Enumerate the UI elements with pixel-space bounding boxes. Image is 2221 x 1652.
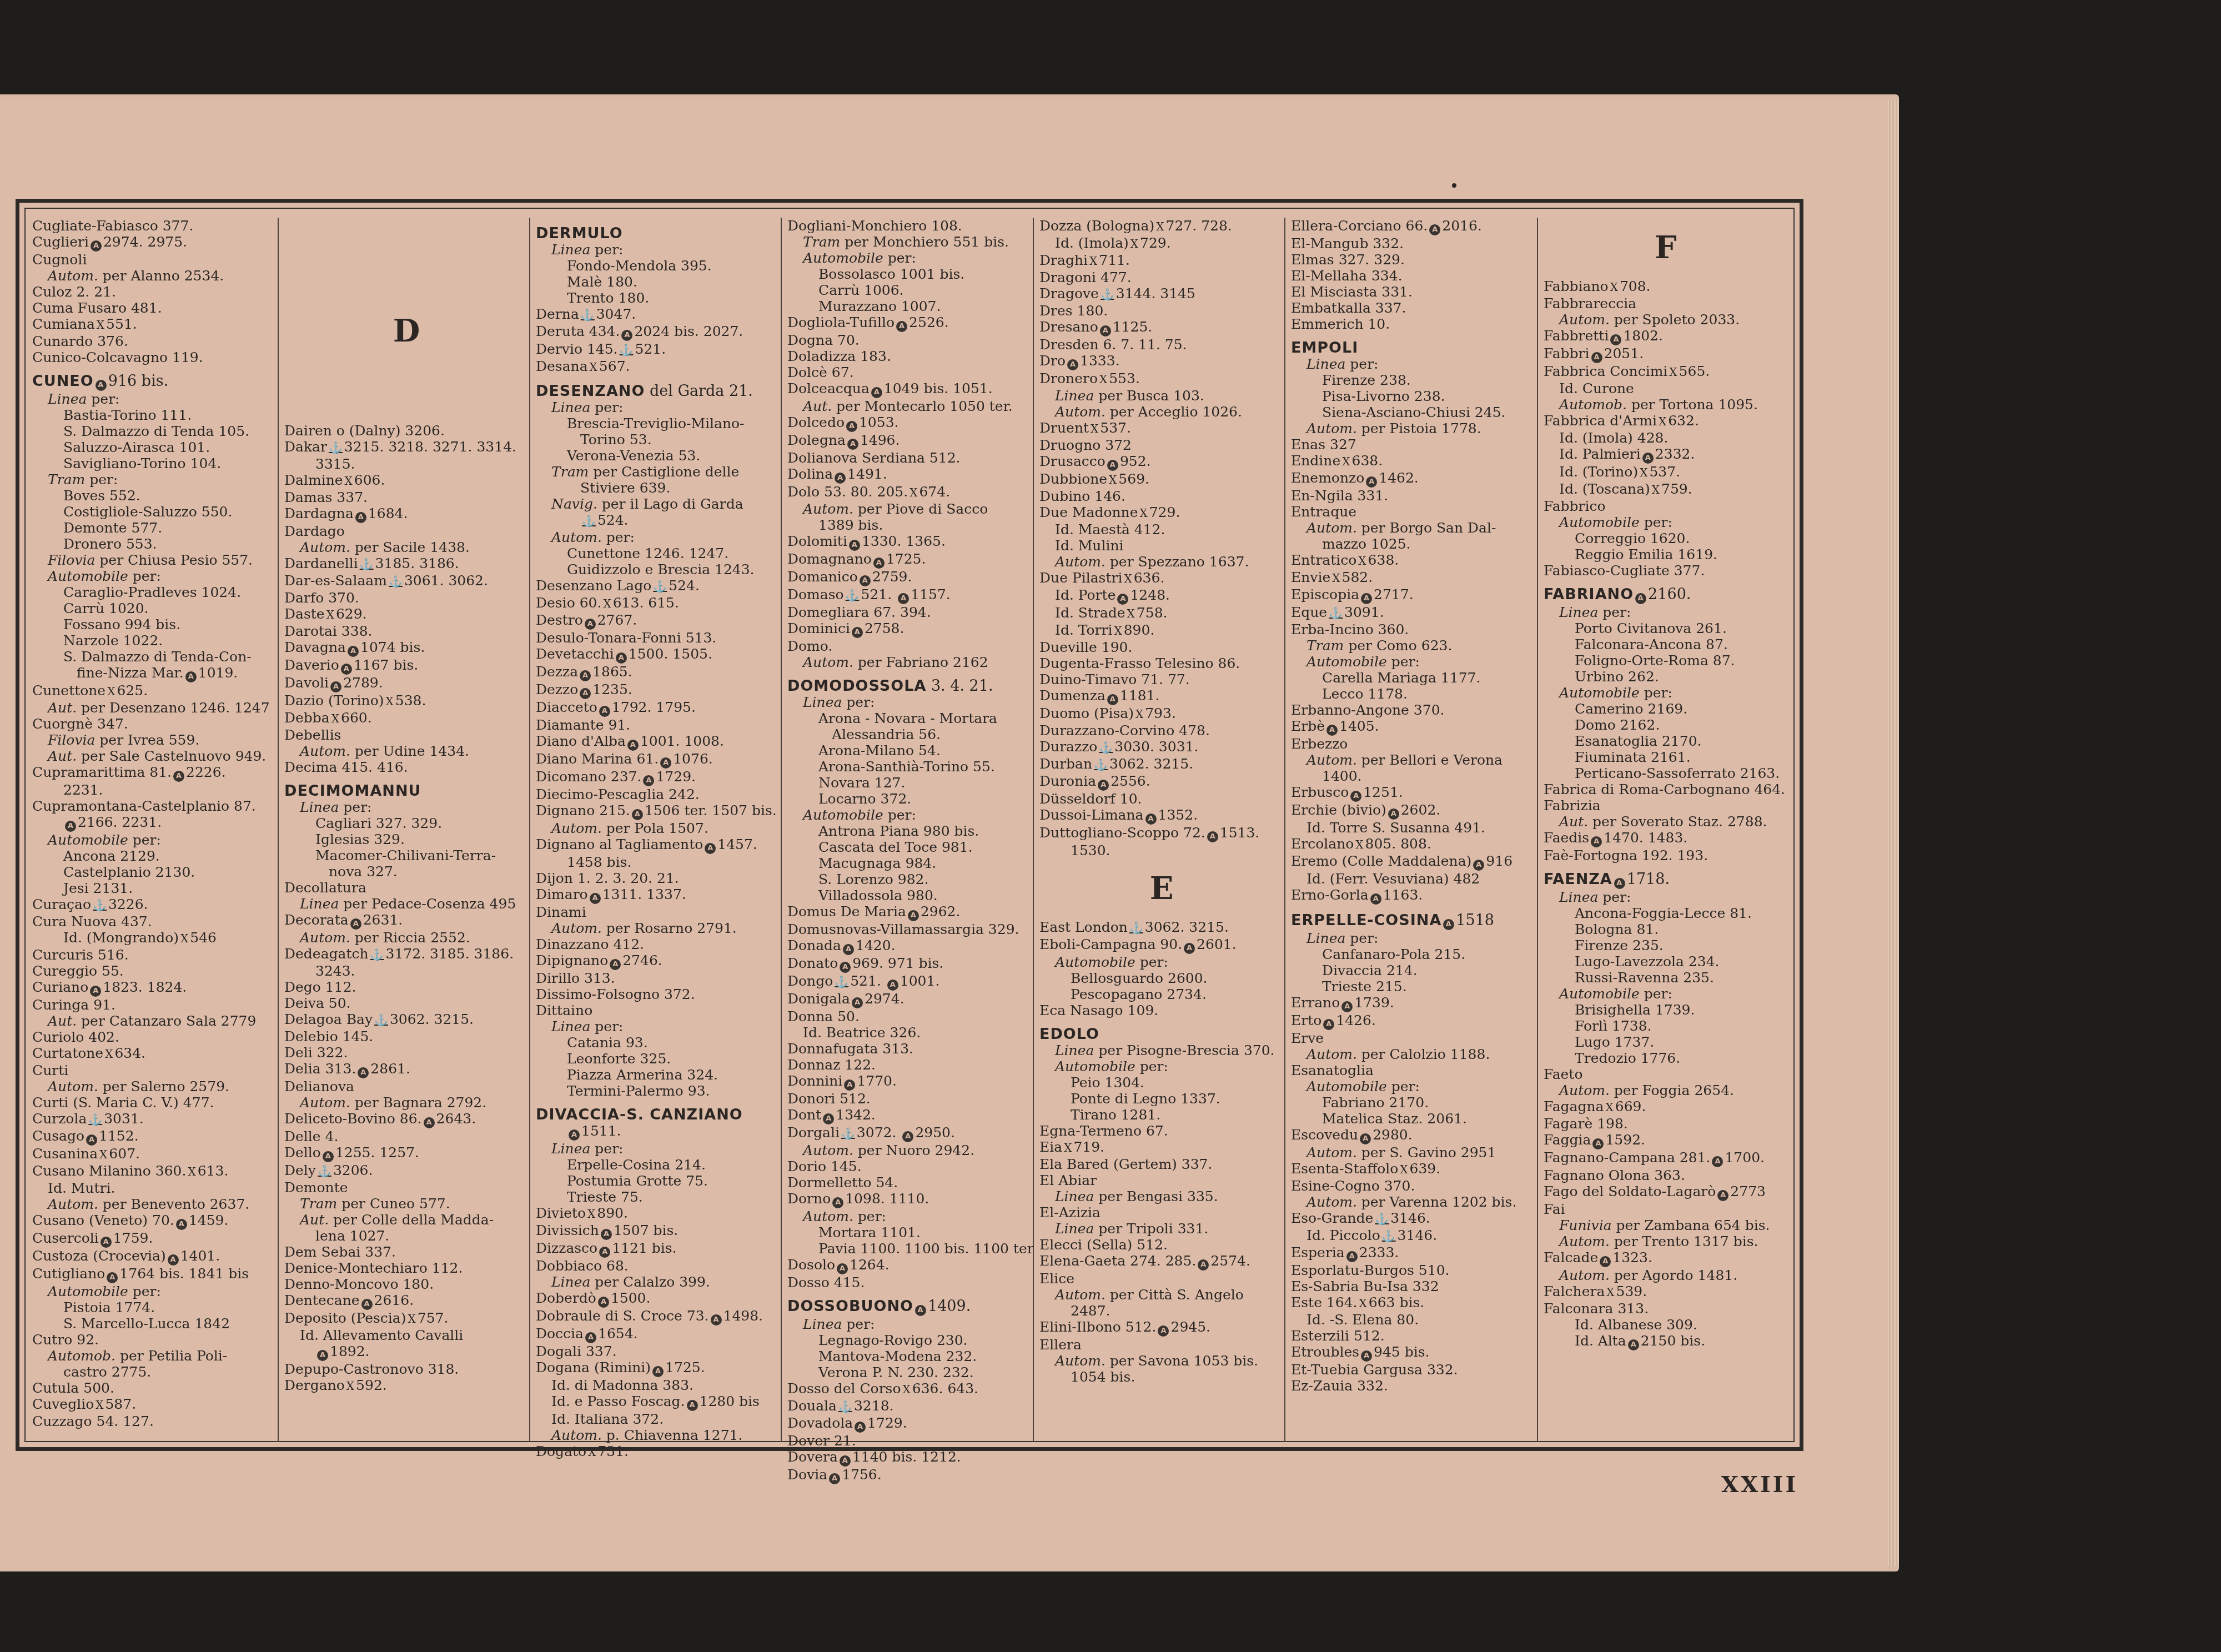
table-ref: 1892. — [330, 1343, 370, 1359]
autobus-icon: A — [580, 670, 591, 681]
index-entry: Fago del Soldato-LagaròA2773 — [1544, 1183, 1788, 1201]
index-entry: El-Azizia — [1039, 1204, 1284, 1221]
index-entry: Curcuris 516. — [32, 947, 277, 963]
entry-text: Fagnano-Campana 281. — [1544, 1149, 1710, 1166]
index-entry: Delle 4. — [284, 1128, 529, 1144]
index-column-5: Dozza (Bologna)Ⅹ727. 728.Id. (Imola)Ⅹ729… — [1039, 218, 1284, 1442]
entry-text: Brescia-Treviglio-Milano- — [567, 415, 745, 431]
table-ref: 1157. — [911, 586, 951, 602]
index-entry: DerganoⅩ592. — [284, 1377, 529, 1394]
index-entry: Dirillo 313. — [536, 970, 780, 986]
entry-text: Dittaino — [536, 1002, 592, 1018]
table-ref: 1725. — [886, 551, 926, 567]
entry-text: Dronero 553. — [63, 536, 157, 552]
tram-icon: Ⅹ — [1135, 706, 1143, 722]
entry-text: Esanatoglia 2170. — [1575, 733, 1702, 749]
table-ref: 2789. — [343, 675, 383, 691]
index-entry: S. Lorenzo 982. — [787, 871, 1032, 887]
index-entry: Bologna 81. — [1544, 921, 1788, 937]
entry-text: Dego 112. — [284, 979, 356, 995]
entry-text: Dizzasco — [536, 1240, 597, 1256]
autobus-icon: A — [908, 910, 919, 921]
station-heading: EMPOLI — [1291, 339, 1358, 356]
table-ref: 2150 bis. — [1641, 1333, 1705, 1349]
entry-text: Debellis — [284, 727, 341, 743]
entry-text: Durazzano-Corvino 478. — [1039, 722, 1210, 739]
entry-text: Arona-Milano 54. — [818, 742, 941, 759]
index-entry: 2231. — [32, 782, 277, 798]
table-ref: 1792. 1795. — [612, 699, 696, 715]
tram-icon: Ⅹ — [1400, 1162, 1408, 1178]
index-entry: DiaccetoA1792. 1795. — [536, 699, 780, 717]
table-ref: 731. — [597, 1443, 629, 1459]
autobus-icon: A — [643, 775, 654, 786]
table-ref: 1167 bis. — [354, 657, 418, 673]
autobus-icon: A — [1184, 943, 1195, 954]
tram-icon: Ⅹ — [1640, 465, 1647, 481]
entry-text: Bastia-Torino 111. — [63, 407, 192, 423]
autobus-icon: A — [1361, 593, 1372, 604]
entry-text: Falconara 313. — [1544, 1300, 1649, 1317]
entry-text: Erbusco — [1291, 784, 1349, 800]
table-ref: 1700. — [1725, 1149, 1765, 1166]
index-entry: Derna⚓3047. — [536, 306, 780, 323]
entry-text: Es-Sabria Bu-Isa 332 — [1291, 1278, 1439, 1294]
entry-text: Cupramarittima 81. — [32, 764, 172, 780]
entry-text: Navig. per il Lago di Garda — [551, 496, 743, 512]
index-heading-entry: EMPOLI — [1291, 340, 1535, 356]
table-ref: 1739. — [1354, 995, 1394, 1011]
entry-text: Curiolo 402. — [32, 1029, 119, 1045]
entry-text: El-Mellaha 334. — [1291, 268, 1403, 284]
index-entry: Linea per: — [536, 1018, 780, 1035]
entry-text: Aut. per Desenzano 1246. 1247 — [48, 700, 270, 716]
index-entry: Russi-Ravenna 235. — [1544, 970, 1788, 986]
index-entry: Dolcè 67. — [787, 364, 1032, 380]
index-entry: S. Dalmazzo di Tenda-Con- — [32, 649, 277, 665]
index-entry: Autom. per Riccia 2552. — [284, 930, 529, 946]
index-entry: DroneroⅩ553. — [1039, 370, 1284, 388]
entry-text: Dovera — [787, 1449, 838, 1465]
index-entry: DecorataA2631. — [284, 912, 529, 930]
index-entry: Iglesias 329. — [284, 831, 529, 847]
entry-text: Dazio (Torino) — [284, 692, 384, 709]
autobus-icon: A — [632, 809, 643, 820]
index-entry: Autom. per Sacile 1438. — [284, 539, 529, 555]
index-entry: ErbèA1405. — [1291, 718, 1535, 736]
entry-text: Cureggio 55. — [32, 963, 124, 979]
autobus-icon: A — [843, 944, 854, 955]
autobus-icon: A — [173, 771, 184, 782]
column-divider — [1284, 218, 1285, 1442]
entry-text: lena 1027. — [315, 1228, 389, 1244]
index-entry: Torino 53. — [536, 431, 780, 448]
index-entry: Dresden 6. 7. 11. 75. — [1039, 337, 1284, 353]
entry-text: Embatkalla 337. — [1291, 300, 1406, 316]
entry-text: Trieste 215. — [1322, 978, 1407, 995]
table-ref: 1718. — [1627, 871, 1670, 888]
table-ref: 1654. — [598, 1325, 638, 1342]
entry-text: El-Mangub 332. — [1291, 235, 1404, 252]
entry-text: Autom. per Rosarno 2791. — [551, 920, 737, 936]
station-heading: FABRIANO — [1544, 586, 1634, 603]
entry-text: Jesi 2131. — [63, 880, 133, 896]
index-heading-entry: DIVACCIA-S. CANZIANO — [536, 1107, 780, 1123]
entry-text: Macomer-Chilivani-Terra- — [315, 847, 496, 863]
entry-text: Autom. per Piove di Sacco — [803, 501, 988, 517]
index-entry: EtroublesA945 bis. — [1291, 1344, 1535, 1362]
index-entry: ErcolanoⅩ805. 808. — [1291, 836, 1535, 853]
tram-icon: Ⅹ — [1652, 482, 1660, 498]
index-entry: Doladizza 183. — [787, 348, 1032, 364]
autobus-icon: A — [855, 1422, 866, 1433]
entry-text: Iglesias 329. — [315, 831, 405, 847]
entry-text: Lecco 1178. — [1322, 686, 1408, 702]
index-entry: Ancona 2129. — [32, 848, 277, 864]
entry-text: 1530. — [1071, 842, 1110, 858]
tram-icon: Ⅹ — [1659, 414, 1666, 430]
index-entry: Domo 2162. — [1544, 717, 1788, 733]
index-entry: DruentⅩ537. — [1039, 420, 1284, 437]
entry-text: Piazza Armerina 324. — [567, 1067, 718, 1083]
index-entry: Foligno-Orte-Roma 87. — [1544, 652, 1788, 669]
entry-text: Erve — [1291, 1030, 1324, 1046]
station-heading: DECIMOMANNU — [284, 782, 421, 800]
index-entry: Automobile per: — [1039, 1058, 1284, 1074]
entry-text: Dentecane — [284, 1292, 360, 1308]
entry-text: Pistoia 1774. — [63, 1299, 155, 1315]
table-ref: 890. — [597, 1205, 628, 1221]
index-entry: Fabbrico — [1544, 498, 1788, 514]
entry-text: Esperia — [1291, 1244, 1345, 1261]
index-entry: Linea per: — [32, 391, 277, 407]
ship-icon: ⚓ — [838, 1399, 852, 1415]
index-entry: Curiolo 402. — [32, 1029, 277, 1045]
entry-text: Denice-Montechiaro 112. — [284, 1260, 463, 1276]
index-entry: DresanoA1125. — [1039, 319, 1284, 337]
index-entry: Desenzano Lago⚓524. — [536, 578, 780, 595]
index-entry: FalcheraⅩ539. — [1544, 1283, 1788, 1300]
entry-text: Durazzo — [1039, 739, 1097, 755]
autobus-icon: A — [844, 1079, 855, 1091]
table-ref: 606. — [354, 472, 385, 488]
index-entry: Deiva 50. — [284, 995, 529, 1011]
index-entry: Diano d'AlbaA1001. 1008. — [536, 733, 780, 751]
autobus-icon: A — [1591, 352, 1602, 363]
entry-text: Escovedu — [1291, 1127, 1358, 1143]
table-ref: 727. 728. — [1166, 218, 1232, 234]
index-entry: Dar-es-Salaam⚓3061. 3062. — [284, 573, 529, 590]
index-entry: Id. Piccolo⚓3146. — [1291, 1227, 1535, 1244]
index-entry: Dosso del CorsoⅩ636. 643. — [787, 1380, 1032, 1398]
table-ref: 1507 bis. — [614, 1222, 678, 1238]
entry-text: Lugo 1737. — [1575, 1034, 1654, 1050]
entry-text: Linea per: — [551, 399, 624, 415]
index-entry: Erpelle-Cosina 214. — [536, 1157, 780, 1173]
entry-text: Cusago — [32, 1128, 84, 1144]
autobus-icon: A — [1717, 1190, 1728, 1201]
autobus-icon: A — [590, 893, 601, 904]
table-ref: 3031. — [104, 1111, 144, 1127]
ship-icon: ⚓ — [389, 574, 403, 590]
index-entry: Autom. per: — [536, 529, 780, 545]
entry-text: Cuzzago 54. 127. — [32, 1413, 154, 1429]
index-entry: Fabrica di Roma-Carbognano 464. — [1544, 781, 1788, 797]
index-entry: Due MadonneⅩ729. — [1039, 504, 1284, 521]
autobus-icon: A — [1361, 1350, 1372, 1362]
index-entry: EnemonzoA1462. — [1291, 470, 1535, 488]
index-entry: Druogno 372 — [1039, 437, 1284, 453]
index-entry: Postumia Grotte 75. — [536, 1173, 780, 1189]
index-entry: DrusaccoA952. — [1039, 453, 1284, 471]
entry-text: Due Pilastri — [1039, 570, 1122, 586]
index-entry: Pescopagano 2734. — [1039, 986, 1284, 1002]
index-entry: S. Marcello-Lucca 1842 — [32, 1315, 277, 1332]
index-heading-entry: FAENZAA1718. — [1544, 871, 1788, 889]
autobus-icon: A — [1600, 1256, 1611, 1267]
entry-text: Fai — [1544, 1201, 1565, 1217]
autobus-icon: A — [330, 681, 341, 692]
autobus-icon: A — [898, 593, 909, 604]
index-heading-entry: DESENZANO del Garda 21. — [536, 383, 780, 399]
index-entry: Fai — [1544, 1201, 1788, 1217]
entry-text: nova 327. — [329, 863, 398, 880]
entry-text: Ela Bared (Gertem) 337. — [1039, 1156, 1212, 1172]
entry-text: Tram per Castiglione delle — [551, 464, 739, 480]
index-entry: CumianaⅩ551. — [32, 316, 277, 333]
index-entry: Firenze 238. — [1291, 372, 1535, 388]
entry-text: Domanico — [787, 569, 858, 585]
index-entry: ErranoA1739. — [1291, 995, 1535, 1012]
entry-text: Dardagna — [284, 505, 354, 521]
index-entry: DontA1342. — [787, 1107, 1032, 1124]
index-entry: Macugnaga 984. — [787, 855, 1032, 871]
table-ref: 1802. — [1623, 328, 1663, 344]
table-ref: 625. — [117, 682, 148, 699]
index-entry: El Misciasta 331. — [1291, 284, 1535, 300]
entry-text: Druent — [1039, 420, 1089, 436]
entry-text: Decima 415. 416. — [284, 759, 408, 775]
index-entry: 1054 bis. — [1039, 1369, 1284, 1385]
entry-text: Dovadola — [787, 1415, 853, 1431]
table-ref: 634. — [114, 1045, 145, 1061]
index-entry: Dedeagatch⚓3172. 3185. 3186. — [284, 946, 529, 963]
entry-text: Faggia — [1544, 1132, 1591, 1148]
entry-text: Urbino 262. — [1575, 669, 1659, 685]
index-entry: Automobile per: — [787, 807, 1032, 823]
table-ref: 2631. — [363, 912, 403, 928]
index-entry: Id. di Madonna 383. — [536, 1377, 780, 1393]
table-ref: 1513. — [1220, 825, 1260, 841]
index-entry: Malè 180. — [536, 274, 780, 290]
entry-text: Mantova-Modena 232. — [818, 1348, 977, 1364]
index-entry: Id. -S. Elena 80. — [1291, 1312, 1535, 1328]
index-entry: Duino-Timavo 71. 77. — [1039, 671, 1284, 687]
index-entry: El Abiar — [1039, 1172, 1284, 1188]
table-ref: 708. — [1620, 278, 1651, 294]
tram-icon: Ⅹ — [1355, 837, 1363, 853]
entry-text: Linea per: — [803, 694, 875, 710]
index-entry: Peio 1304. — [1039, 1074, 1284, 1091]
index-entry: Custoza (Crocevia)A1401. — [32, 1248, 277, 1266]
index-entry: Cugliate-Fabiasco 377. — [32, 218, 277, 234]
index-entry: Esterzili 512. — [1291, 1328, 1535, 1344]
entry-text: Dely — [284, 1162, 316, 1178]
index-entry: Dormelletto 54. — [787, 1174, 1032, 1191]
entry-text: Dedeagatch — [284, 946, 369, 962]
index-entry: Autom. per Varenna 1202 bis. — [1291, 1194, 1535, 1210]
autobus-icon: A — [580, 688, 591, 699]
entry-text: Destro — [536, 612, 583, 628]
entry-text: Donna 50. — [787, 1008, 860, 1025]
entry-text: Demonte — [284, 1179, 348, 1196]
table-ref: 1401. — [180, 1248, 220, 1264]
entry-text: Dogliani-Monchiero 108. — [787, 218, 962, 234]
entry-text: Fabiasco-Cugliate 377. — [1544, 563, 1705, 579]
entry-text: Esterzili 512. — [1291, 1328, 1385, 1344]
index-entry: Diano Marina 61.A1076. — [536, 751, 780, 769]
entry-text: Deiva 50. — [284, 995, 351, 1011]
entry-text: Duomo (Pisa) — [1039, 705, 1134, 721]
index-entry: Id. Torre S. Susanna 491. — [1291, 820, 1535, 836]
entry-text: Id. Beatrice 326. — [803, 1025, 921, 1041]
index-entry: Correggio 1620. — [1544, 530, 1788, 546]
entry-text: Siena-Asciano-Chiusi 245. — [1322, 404, 1506, 420]
entry-text: Eque — [1291, 604, 1327, 620]
index-entry: Dazio (Torino)Ⅹ538. — [284, 692, 529, 710]
index-entry: Id. TorriⅩ890. — [1039, 622, 1284, 639]
entry-text: Firenze 235. — [1575, 937, 1664, 953]
table-ref: 2643. — [436, 1111, 476, 1127]
ship-icon: ⚓ — [1099, 740, 1113, 756]
entry-text: Guidizzolo e Brescia 1243. — [567, 561, 755, 578]
entry-text: Eca Nasago 109. — [1039, 1002, 1158, 1018]
index-entry: Novara 127. — [787, 775, 1032, 791]
entry-text: Dronero — [1039, 370, 1098, 386]
index-entry: Dakar⚓3215. 3218. 3271. 3314. — [284, 439, 529, 456]
entry-text: Enas 327 — [1291, 436, 1356, 453]
entry-text: Fossano 994 bis. — [63, 616, 180, 632]
autobus-icon: A — [840, 1455, 851, 1467]
table-ref: 538. — [395, 692, 426, 709]
entry-text: Fagarè 198. — [1544, 1116, 1628, 1132]
index-entry: Automobile per: — [787, 250, 1032, 266]
entry-text: Dosso 415. — [787, 1274, 865, 1291]
index-entry: Carrù 1006. — [787, 282, 1032, 298]
index-entry: Erbanno-Angone 370. — [1291, 702, 1535, 718]
index-entry: Firenze 235. — [1544, 937, 1788, 953]
entry-text: Curaçao — [32, 896, 91, 912]
table-ref: 759. — [1661, 481, 1692, 497]
tram-icon: Ⅹ — [1359, 1296, 1367, 1312]
ship-icon: ⚓ — [360, 556, 374, 573]
entry-text: Dezza — [536, 664, 578, 680]
entry-text: Faedis — [1544, 830, 1589, 846]
entry-text: Autom. per: — [551, 529, 635, 545]
index-entry: Saluzzo-Airasca 101. — [32, 439, 277, 455]
index-entry: Fiuminata 2161. — [1544, 749, 1788, 765]
ship-icon: ⚓ — [620, 342, 634, 358]
table-ref: 613. — [198, 1163, 229, 1179]
entry-text: Depupo-Castronovo 318. — [284, 1361, 459, 1377]
entry-text: Daverio — [284, 657, 339, 673]
index-entry: Es-Sabria Bu-Isa 332 — [1291, 1278, 1535, 1294]
autobus-icon: A — [829, 1473, 840, 1484]
autobus-icon: A — [846, 421, 857, 432]
index-entry: 1530. — [1039, 842, 1284, 858]
entry-text: Arona-Santhià-Torino 55. — [818, 759, 995, 775]
index-entry: CunettoneⅩ625. — [32, 682, 277, 700]
index-entry: Aut. per Montecarlo 1050 ter. — [787, 398, 1032, 414]
entry-text: Cuma Fusaro 481. — [32, 300, 162, 316]
index-entry: Diecimo-Pescaglia 242. — [536, 786, 780, 802]
autobus-icon: A — [101, 1237, 112, 1248]
autobus-icon: A — [91, 240, 102, 252]
table-ref: 729. — [1140, 235, 1171, 251]
entry-text: Autom. per Varenna 1202 bis. — [1307, 1194, 1516, 1210]
tram-icon: Ⅹ — [1064, 1140, 1072, 1156]
ink-speck — [1452, 183, 1456, 188]
entry-text: Dinazzano 412. — [536, 936, 644, 952]
autobus-icon: A — [1443, 919, 1454, 930]
index-entry: Duomo (Pisa)Ⅹ793. — [1039, 705, 1284, 722]
entry-text: Donori 512. — [787, 1091, 871, 1107]
index-entry: Automobile per: — [1291, 654, 1535, 670]
entry-text: Cugliate-Fabiasco 377. — [32, 218, 193, 234]
entry-text: Donnaz 122. — [787, 1057, 876, 1073]
index-entry: Lugo-Lavezzola 234. — [1544, 953, 1788, 970]
index-heading-entry: FABRIANOA2160. — [1544, 586, 1788, 604]
table-ref: 1125. — [1113, 319, 1153, 335]
index-entry: EsperiaA2333. — [1291, 1244, 1535, 1262]
index-entry: Ponte di Legno 1337. — [1039, 1091, 1284, 1107]
table-ref: 2556. — [1110, 773, 1150, 789]
entry-text: Dirillo 313. — [536, 970, 615, 986]
tram-icon: Ⅹ — [1089, 253, 1097, 269]
entry-text: Fabbiano — [1544, 278, 1609, 294]
entry-text: Delagoa Bay — [284, 1011, 373, 1027]
table-ref: 1140 bis. 1212. — [852, 1449, 961, 1465]
table-ref: 3062. 3215. — [390, 1011, 474, 1027]
index-entry: Urbino 262. — [1544, 669, 1788, 685]
entry-text: Id. (Torino) — [1559, 464, 1638, 480]
index-entry: Linea per: — [787, 1316, 1032, 1332]
index-entry: Linea per Tripoli 331. — [1039, 1221, 1284, 1237]
entry-text: Automobile per: — [1559, 685, 1672, 701]
index-entry: Esanatoglia — [1291, 1062, 1535, 1078]
table-ref: 1506 ter. 1507 bis. — [645, 802, 777, 819]
index-entry: Delianova — [284, 1078, 529, 1094]
index-entry: Dem Sebai 337. — [284, 1244, 529, 1260]
entry-text: Linea per Pedace-Cosenza 495 — [300, 896, 516, 912]
tram-icon: Ⅹ — [1669, 364, 1677, 380]
entry-text: Id. Torre S. Susanna 491. — [1307, 820, 1485, 836]
entry-text: Automobile per: — [803, 250, 916, 266]
entry-text: Elecci (Sella) 512. — [1039, 1237, 1168, 1253]
index-entry: DestroA2767. — [536, 612, 780, 630]
entry-text: Dervio 145. — [536, 341, 618, 357]
table-ref: 2616. — [374, 1292, 414, 1308]
entry-text: Donada — [787, 937, 841, 953]
table-ref: 1053. — [859, 414, 899, 430]
column-divider — [1537, 218, 1538, 1442]
autobus-icon: A — [358, 1067, 369, 1078]
autobus-icon: A — [902, 1131, 913, 1142]
index-entry: CuglieriA2974. 2975. — [32, 234, 277, 252]
tram-icon: Ⅹ — [588, 1444, 596, 1460]
index-entry: Lecco 1178. — [1291, 686, 1535, 702]
index-entry: Tredozio 1776. — [1544, 1050, 1788, 1066]
